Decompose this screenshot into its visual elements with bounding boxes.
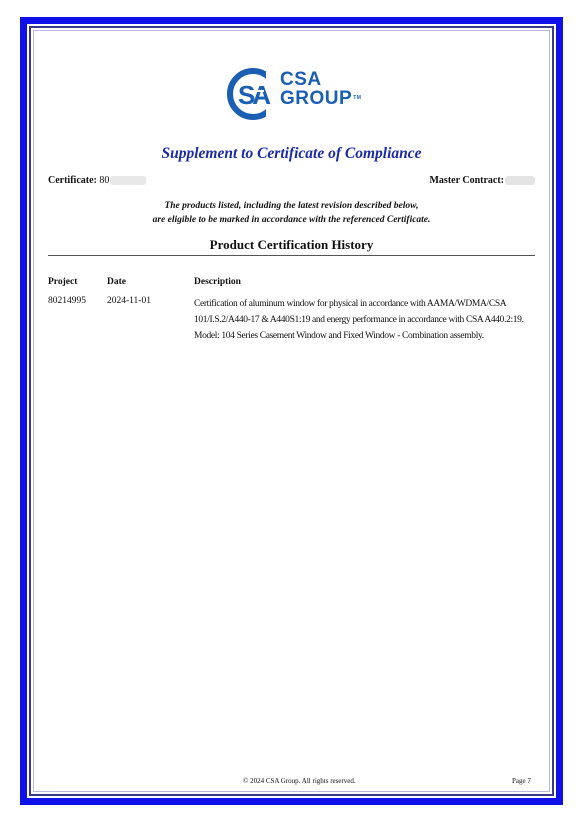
cell-date: 2024-11-01 xyxy=(107,296,151,306)
section-divider xyxy=(48,255,535,256)
header-date: Date xyxy=(107,277,126,287)
brand-wordmark: CSA GROUPTM xyxy=(280,70,361,108)
brand-name-line1: CSA xyxy=(280,70,361,89)
section-title: Product Certification History xyxy=(0,237,583,253)
header-project: Project xyxy=(48,277,77,287)
header-description: Description xyxy=(194,277,241,287)
redacted-certificate xyxy=(110,176,146,185)
certificate-value: 80 xyxy=(99,175,109,186)
document-title: Supplement to Certificate of Compliance xyxy=(0,145,583,163)
trademark: TM xyxy=(353,95,361,101)
master-contract-field: Master Contract: xyxy=(429,175,535,186)
certificate-label: Certificate: xyxy=(48,175,97,186)
cell-project: 80214995 xyxy=(48,296,86,306)
footer-copyright: © 2024 CSA Group. All rights reserved. xyxy=(243,777,356,785)
redacted-master-contract xyxy=(505,176,535,185)
svg-text:SA: SA xyxy=(238,80,271,110)
brand-name-line2: GROUP xyxy=(280,88,352,109)
intro-line-1: The products listed, including the lates… xyxy=(0,199,583,213)
page-border xyxy=(20,17,563,805)
intro-statement: The products listed, including the lates… xyxy=(0,199,583,227)
certificate-field: Certificate: 80 xyxy=(48,175,146,186)
master-contract-label: Master Contract: xyxy=(429,175,504,186)
intro-line-2: are eligible to be marked in accordance … xyxy=(0,213,583,227)
footer-page-number: Page 7 xyxy=(512,777,531,785)
cell-description: Certification of aluminum window for phy… xyxy=(194,296,524,344)
border-inner-line xyxy=(29,26,554,796)
